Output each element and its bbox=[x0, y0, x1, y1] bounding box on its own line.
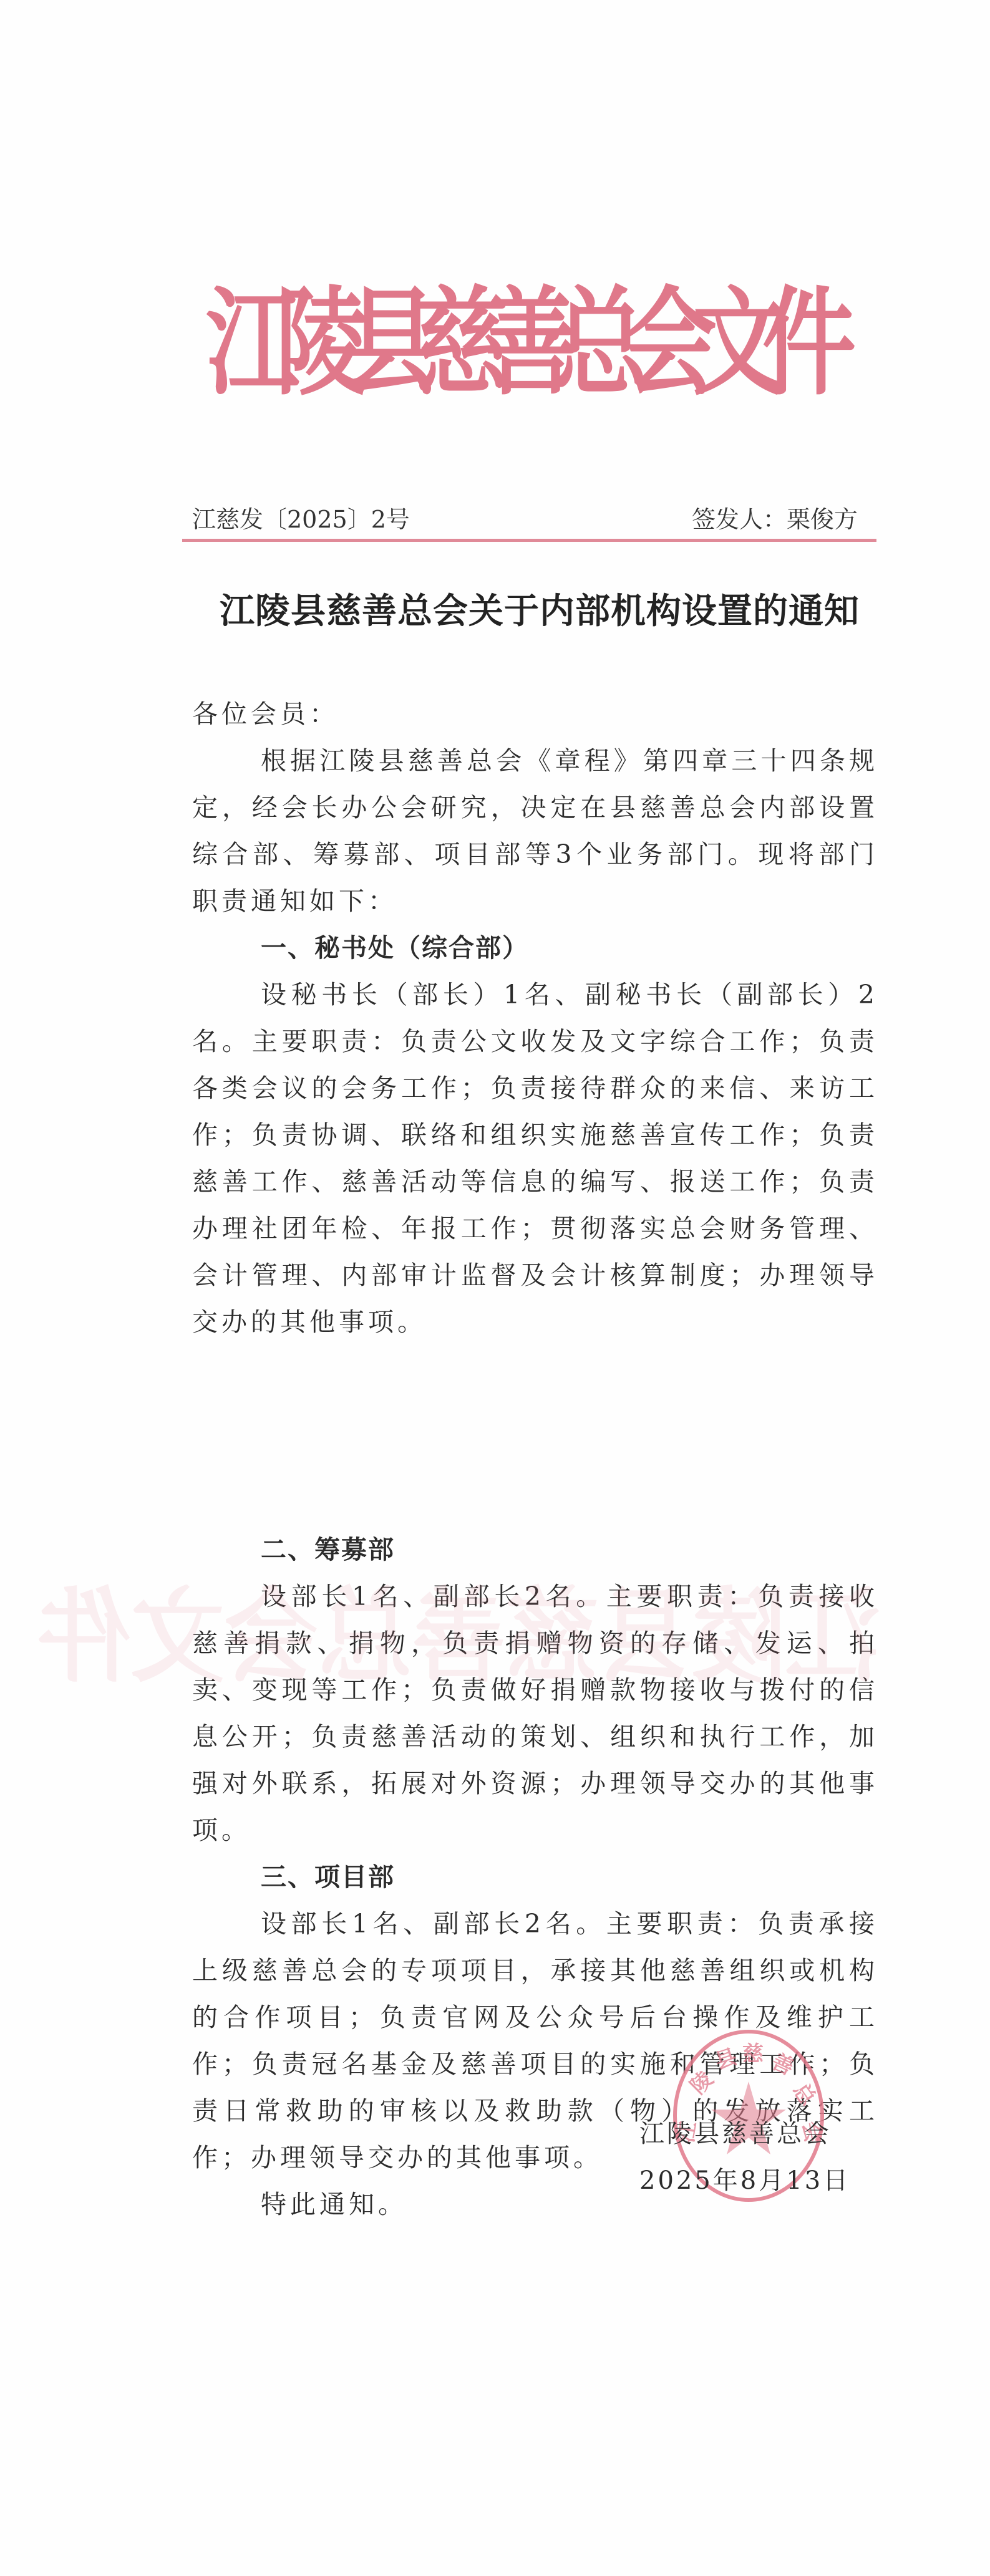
section-heading-secretariat: 一、秘书处（综合部） bbox=[192, 925, 878, 972]
signature-block: 江陵县慈善总会 2025年8月13日 bbox=[639, 2111, 876, 2204]
document-page: 江 陵 县 慈 善 总 会 文 件 江慈发〔2025〕2号 签发人：栗俊方 江陵… bbox=[0, 0, 990, 2576]
letterhead-char: 件 bbox=[762, 284, 830, 402]
document-body: 各位会员： 根据江陵县慈善总会《章程》第四章三十四条规定，经会长办公会研究，决定… bbox=[192, 691, 878, 2228]
letterhead-char: 江 bbox=[206, 284, 273, 402]
section-heading-fundraising: 二、筹募部 bbox=[192, 1527, 878, 1573]
letterhead-char: 总 bbox=[554, 284, 621, 402]
intro-paragraph: 根据江陵县慈善总会《章程》第四章三十四条规定，经会长办公会研究，决定在县慈善总会… bbox=[192, 738, 878, 925]
red-divider bbox=[182, 539, 876, 542]
salutation: 各位会员： bbox=[192, 691, 878, 738]
letterhead-char: 慈 bbox=[415, 284, 482, 402]
issuer: 签发人：栗俊方 bbox=[692, 502, 858, 537]
document-meta: 江慈发〔2025〕2号 签发人：栗俊方 bbox=[182, 502, 876, 537]
letterhead-char: 文 bbox=[693, 284, 760, 402]
signing-organization: 江陵县慈善总会 bbox=[639, 2111, 876, 2158]
section-text-fundraising: 设部长1名、副部长2名。主要职责：负责接收慈善捐款、捐物，负责捐赠物资的存储、发… bbox=[192, 1573, 878, 1854]
section-heading-projects: 三、项目部 bbox=[192, 1854, 878, 1901]
document-number: 江慈发〔2025〕2号 bbox=[192, 502, 410, 537]
letterhead-char: 县 bbox=[345, 284, 412, 402]
letterhead-char: 善 bbox=[484, 284, 551, 402]
letterhead-char: 陵 bbox=[276, 284, 343, 402]
letterhead-char: 会 bbox=[623, 284, 691, 402]
section-text-secretariat: 设秘书长（部长）1名、副秘书长（副部长）2名。主要职责：负责公文收发及文字综合工… bbox=[192, 972, 878, 1346]
red-letterhead: 江 陵 县 慈 善 总 会 文 件 bbox=[206, 258, 830, 429]
blank-space bbox=[192, 1346, 878, 1527]
signing-date: 2025年8月13日 bbox=[639, 2158, 876, 2204]
notice-title: 江陵县慈善总会关于内部机构设置的通知 bbox=[187, 586, 892, 636]
